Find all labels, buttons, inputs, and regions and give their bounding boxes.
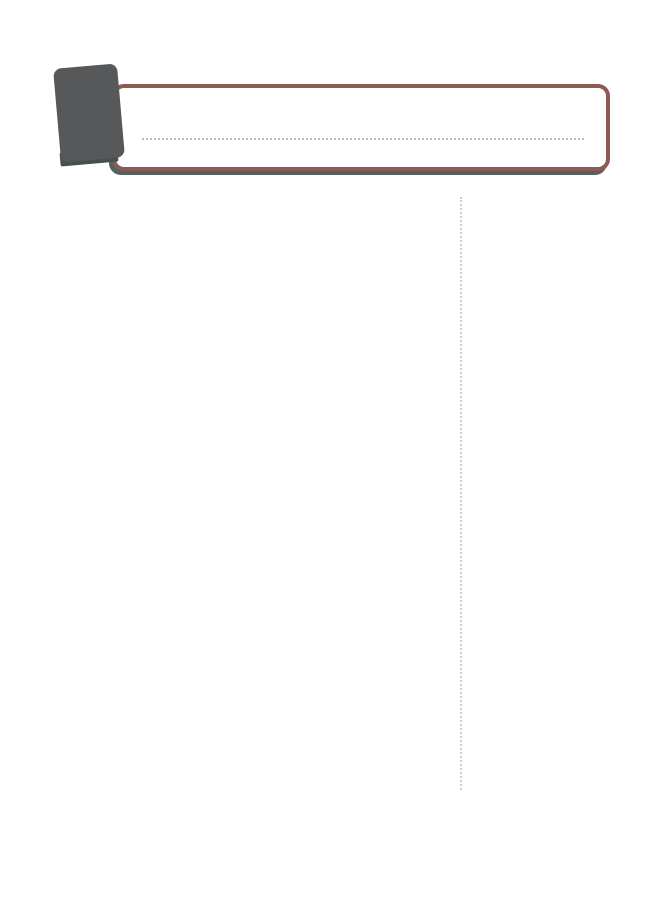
- level-number: [54, 74, 118, 80]
- level-badge: [53, 63, 125, 162]
- level-label: [54, 74, 118, 80]
- qr-code: [24, 806, 58, 842]
- chapter-header-box: [112, 84, 610, 171]
- header-dotted-divider: [142, 138, 584, 140]
- sidebar-dotted-divider: [460, 197, 462, 790]
- book-page: [0, 0, 665, 900]
